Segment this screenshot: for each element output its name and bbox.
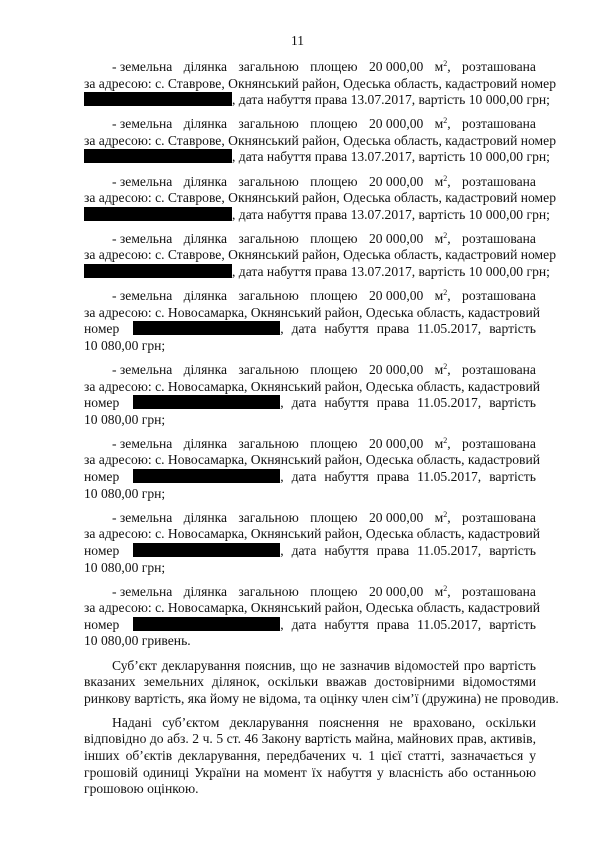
- item-first-line: - земельнаділянказагальноюплощею20 000,0…: [84, 231, 536, 248]
- word: права: [377, 543, 409, 560]
- unit: м: [435, 231, 444, 246]
- word: ділянка: [184, 584, 227, 601]
- word: набуття: [324, 395, 368, 412]
- land-item: - земельнаділянказагальноюплощею20 000,0…: [84, 362, 536, 428]
- word: - земельна: [112, 174, 172, 191]
- page-number: 11: [0, 33, 595, 49]
- comma: ,: [280, 321, 283, 336]
- unit: м: [435, 59, 444, 74]
- word: загальною: [238, 362, 298, 379]
- word: загальною: [238, 59, 298, 76]
- land-item: - земельнаділянказагальноюплощею20 000,0…: [84, 584, 536, 650]
- word: права: [377, 469, 409, 486]
- unit: м: [435, 288, 444, 303]
- item-first-line: - земельнаділянказагальноюплощею20 000,0…: [84, 362, 536, 379]
- comma: ,: [280, 543, 283, 558]
- redacted-cadastral-number: [133, 469, 280, 483]
- word: загальною: [238, 231, 298, 248]
- word: вартість: [489, 469, 536, 486]
- word: загальною: [238, 510, 298, 527]
- word: 11.05.2017,: [417, 617, 481, 634]
- unit-m2: м2,: [435, 362, 451, 379]
- comma: ,: [447, 59, 450, 74]
- word: ділянка: [184, 231, 227, 248]
- word: загальною: [238, 288, 298, 305]
- word: - земельна: [112, 116, 172, 133]
- label: номер: [84, 617, 119, 632]
- label: номер: [84, 321, 119, 336]
- word: - земельна: [112, 584, 172, 601]
- comma: ,: [280, 617, 283, 632]
- conclusion-paragraph: Надані суб’єктом декларування пояснення …: [84, 715, 536, 798]
- word: ділянка: [184, 510, 227, 527]
- unit: м: [435, 510, 444, 525]
- word: 20 000,00: [369, 231, 423, 248]
- word: дата: [292, 395, 317, 412]
- land-item: - земельнаділянказагальноюплощею20 000,0…: [84, 510, 536, 576]
- address-line: за адресою: с. Новосамарка, Окнянський р…: [84, 600, 536, 617]
- word: 11.05.2017,: [417, 543, 481, 560]
- word: загальною: [238, 436, 298, 453]
- word: площею: [310, 174, 358, 191]
- address-line: за адресою: с. Новосамарка, Окнянський р…: [84, 526, 536, 543]
- word: загальною: [238, 116, 298, 133]
- cadastral-label-group: номер,: [84, 543, 284, 560]
- explanation-paragraph: Суб’єкт декларування пояснив, що не зазн…: [84, 658, 536, 708]
- address-line: за адресою: с. Ставрове, Окнянський райо…: [84, 133, 536, 150]
- redacted-cadastral-number: [84, 92, 232, 106]
- word: площею: [310, 436, 358, 453]
- cadastral-label-group: номер,: [84, 617, 284, 634]
- word: розташована: [462, 231, 536, 248]
- date-value-text: , дата набуття права 13.07.2017, вартіст…: [232, 149, 550, 164]
- cadastral-line: номер,датанабуттяправа11.05.2017,вартіст…: [84, 617, 536, 634]
- word: розташована: [462, 116, 536, 133]
- word: - земельна: [112, 231, 172, 248]
- land-item: - земельнаділянказагальноюплощею20 000,0…: [84, 116, 536, 166]
- redacted-cadastral-number: [84, 207, 232, 221]
- unit: м: [435, 584, 444, 599]
- word: 20 000,00: [369, 288, 423, 305]
- unit-m2: м2,: [435, 584, 451, 601]
- land-item: - земельнаділянказагальноюплощею20 000,0…: [84, 288, 536, 354]
- address-line: за адресою: с. Новосамарка, Окнянський р…: [84, 379, 536, 396]
- word: вартість: [489, 617, 536, 634]
- word: розташована: [462, 174, 536, 191]
- redacted-cadastral-number: [133, 395, 280, 409]
- land-item: - земельнаділянказагальноюплощею20 000,0…: [84, 59, 536, 109]
- comma: ,: [447, 116, 450, 131]
- comma: ,: [447, 231, 450, 246]
- text-line: Надані суб’єктом декларування пояснення …: [84, 715, 536, 732]
- word: розташована: [462, 288, 536, 305]
- word: 20 000,00: [369, 436, 423, 453]
- word: 20 000,00: [369, 510, 423, 527]
- cadastral-line: номер,датанабуттяправа11.05.2017,вартіст…: [84, 543, 536, 560]
- item-first-line: - земельнаділянказагальноюплощею20 000,0…: [84, 436, 536, 453]
- item-first-line: - земельнаділянказагальноюплощею20 000,0…: [84, 116, 536, 133]
- cadastral-line: номер,датанабуттяправа11.05.2017,вартіст…: [84, 395, 536, 412]
- word: площею: [310, 59, 358, 76]
- label: номер: [84, 543, 119, 558]
- word: набуття: [324, 469, 368, 486]
- cadastral-label-group: номер,: [84, 469, 284, 486]
- word: загальною: [238, 584, 298, 601]
- address-line: за адресою: с. Ставрове, Окнянський райо…: [84, 76, 536, 93]
- redacted-cadastral-number: [133, 543, 280, 557]
- address-line: за адресою: с. Ставрове, Окнянський райо…: [84, 247, 536, 264]
- redacted-cadastral-number: [84, 149, 232, 163]
- novosamarka-land-list: - земельнаділянказагальноюплощею20 000,0…: [84, 288, 536, 650]
- word: ділянка: [184, 59, 227, 76]
- value-line: 10 080,00 грн;: [84, 412, 536, 429]
- unit: м: [435, 362, 444, 377]
- word: дата: [292, 469, 317, 486]
- item-first-line: - земельнаділянказагальноюплощею20 000,0…: [84, 510, 536, 527]
- redacted-cadastral-number: [133, 617, 280, 631]
- cadastral-line: номер,датанабуттяправа11.05.2017,вартіст…: [84, 321, 536, 338]
- address-line: за адресою: с. Ставрове, Окнянський райо…: [84, 190, 536, 207]
- comma: ,: [447, 174, 450, 189]
- comma: ,: [447, 584, 450, 599]
- word: набуття: [324, 617, 368, 634]
- word: ділянка: [184, 174, 227, 191]
- word: дата: [292, 321, 317, 338]
- address-line: за адресою: с. Новосамарка, Окнянський р…: [84, 452, 536, 469]
- word: 20 000,00: [369, 174, 423, 191]
- item-first-line: - земельнаділянказагальноюплощею20 000,0…: [84, 59, 536, 76]
- word: розташована: [462, 362, 536, 379]
- text-line: грошовою оцінкою.: [84, 781, 536, 798]
- item-first-line: - земельнаділянказагальноюплощею20 000,0…: [84, 584, 536, 601]
- unit-m2: м2,: [435, 288, 451, 305]
- word: вартість: [489, 321, 536, 338]
- word: ділянка: [184, 436, 227, 453]
- text-line: ринкову вартість, яка йому не відома, та…: [84, 691, 536, 708]
- word: загальною: [238, 174, 298, 191]
- unit-m2: м2,: [435, 510, 451, 527]
- comma: ,: [280, 395, 283, 410]
- label: номер: [84, 395, 119, 410]
- value-line: 10 080,00 грн;: [84, 486, 536, 503]
- document-body: - земельнаділянказагальноюплощею20 000,0…: [84, 59, 536, 805]
- word: вартість: [489, 543, 536, 560]
- word: набуття: [324, 543, 368, 560]
- land-item: - земельнаділянказагальноюплощею20 000,0…: [84, 231, 536, 281]
- word: ділянка: [184, 362, 227, 379]
- word: - земельна: [112, 510, 172, 527]
- address-line: за адресою: с. Новосамарка, Окнянський р…: [84, 305, 536, 322]
- word: ділянка: [184, 288, 227, 305]
- comma: ,: [447, 436, 450, 451]
- word: розташована: [462, 510, 536, 527]
- unit: м: [435, 174, 444, 189]
- word: права: [377, 617, 409, 634]
- word: 20 000,00: [369, 116, 423, 133]
- cadastral-label-group: номер,: [84, 321, 284, 338]
- unit-m2: м2,: [435, 59, 451, 76]
- date-value-text: , дата набуття права 13.07.2017, вартіст…: [232, 264, 550, 279]
- unit-m2: м2,: [435, 436, 451, 453]
- word: - земельна: [112, 436, 172, 453]
- word: 11.05.2017,: [417, 321, 481, 338]
- word: ділянка: [184, 116, 227, 133]
- value-line: 10 080,00 грн;: [84, 338, 536, 355]
- stavrove-land-list: - земельнаділянказагальноюплощею20 000,0…: [84, 59, 536, 281]
- comma: ,: [280, 469, 283, 484]
- word: розташована: [462, 436, 536, 453]
- word: - земельна: [112, 362, 172, 379]
- cadastral-line: , дата набуття права 13.07.2017, вартіст…: [84, 149, 536, 166]
- unit-m2: м2,: [435, 174, 451, 191]
- cadastral-line: , дата набуття права 13.07.2017, вартіст…: [84, 92, 536, 109]
- land-item: - земельнаділянказагальноюплощею20 000,0…: [84, 174, 536, 224]
- item-first-line: - земельнаділянказагальноюплощею20 000,0…: [84, 288, 536, 305]
- word: - земельна: [112, 59, 172, 76]
- word: 11.05.2017,: [417, 469, 481, 486]
- unit: м: [435, 116, 444, 131]
- land-item: - земельнаділянказагальноюплощею20 000,0…: [84, 436, 536, 502]
- word: вартість: [489, 395, 536, 412]
- text-line: інших об’єктів декларування, передбачени…: [84, 748, 536, 765]
- word: розташована: [462, 59, 536, 76]
- cadastral-label-group: номер,: [84, 395, 284, 412]
- comma: ,: [447, 288, 450, 303]
- comma: ,: [447, 362, 450, 377]
- comma: ,: [447, 510, 450, 525]
- text-line: вказаних земельних ділянок, оскільки вва…: [84, 674, 536, 691]
- text-line: грошовій одиниці України на момент їх на…: [84, 765, 536, 782]
- word: площею: [310, 584, 358, 601]
- word: площею: [310, 510, 358, 527]
- word: площею: [310, 288, 358, 305]
- unit: м: [435, 436, 444, 451]
- word: права: [377, 321, 409, 338]
- word: набуття: [324, 321, 368, 338]
- unit-m2: м2,: [435, 116, 451, 133]
- word: 20 000,00: [369, 59, 423, 76]
- item-first-line: - земельнаділянказагальноюплощею20 000,0…: [84, 174, 536, 191]
- date-value-text: , дата набуття права 13.07.2017, вартіст…: [232, 207, 550, 222]
- cadastral-line: , дата набуття права 13.07.2017, вартіст…: [84, 207, 536, 224]
- word: 11.05.2017,: [417, 395, 481, 412]
- value-line: 10 080,00 гривень.: [84, 633, 536, 650]
- word: площею: [310, 362, 358, 379]
- word: площею: [310, 116, 358, 133]
- value-line: 10 080,00 грн;: [84, 560, 536, 577]
- word: - земельна: [112, 288, 172, 305]
- word: дата: [292, 617, 317, 634]
- word: дата: [292, 543, 317, 560]
- word: права: [377, 395, 409, 412]
- text-line: відповідно до абз. 2 ч. 5 ст. 46 Закону …: [84, 731, 536, 748]
- redacted-cadastral-number: [84, 264, 232, 278]
- cadastral-line: номер,датанабуттяправа11.05.2017,вартіст…: [84, 469, 536, 486]
- cadastral-line: , дата набуття права 13.07.2017, вартіст…: [84, 264, 536, 281]
- word: розташована: [462, 584, 536, 601]
- text-line: Суб’єкт декларування пояснив, що не зазн…: [84, 658, 536, 675]
- word: площею: [310, 231, 358, 248]
- word: 20 000,00: [369, 584, 423, 601]
- label: номер: [84, 469, 119, 484]
- date-value-text: , дата набуття права 13.07.2017, вартіст…: [232, 92, 550, 107]
- word: 20 000,00: [369, 362, 423, 379]
- redacted-cadastral-number: [133, 321, 280, 335]
- unit-m2: м2,: [435, 231, 451, 248]
